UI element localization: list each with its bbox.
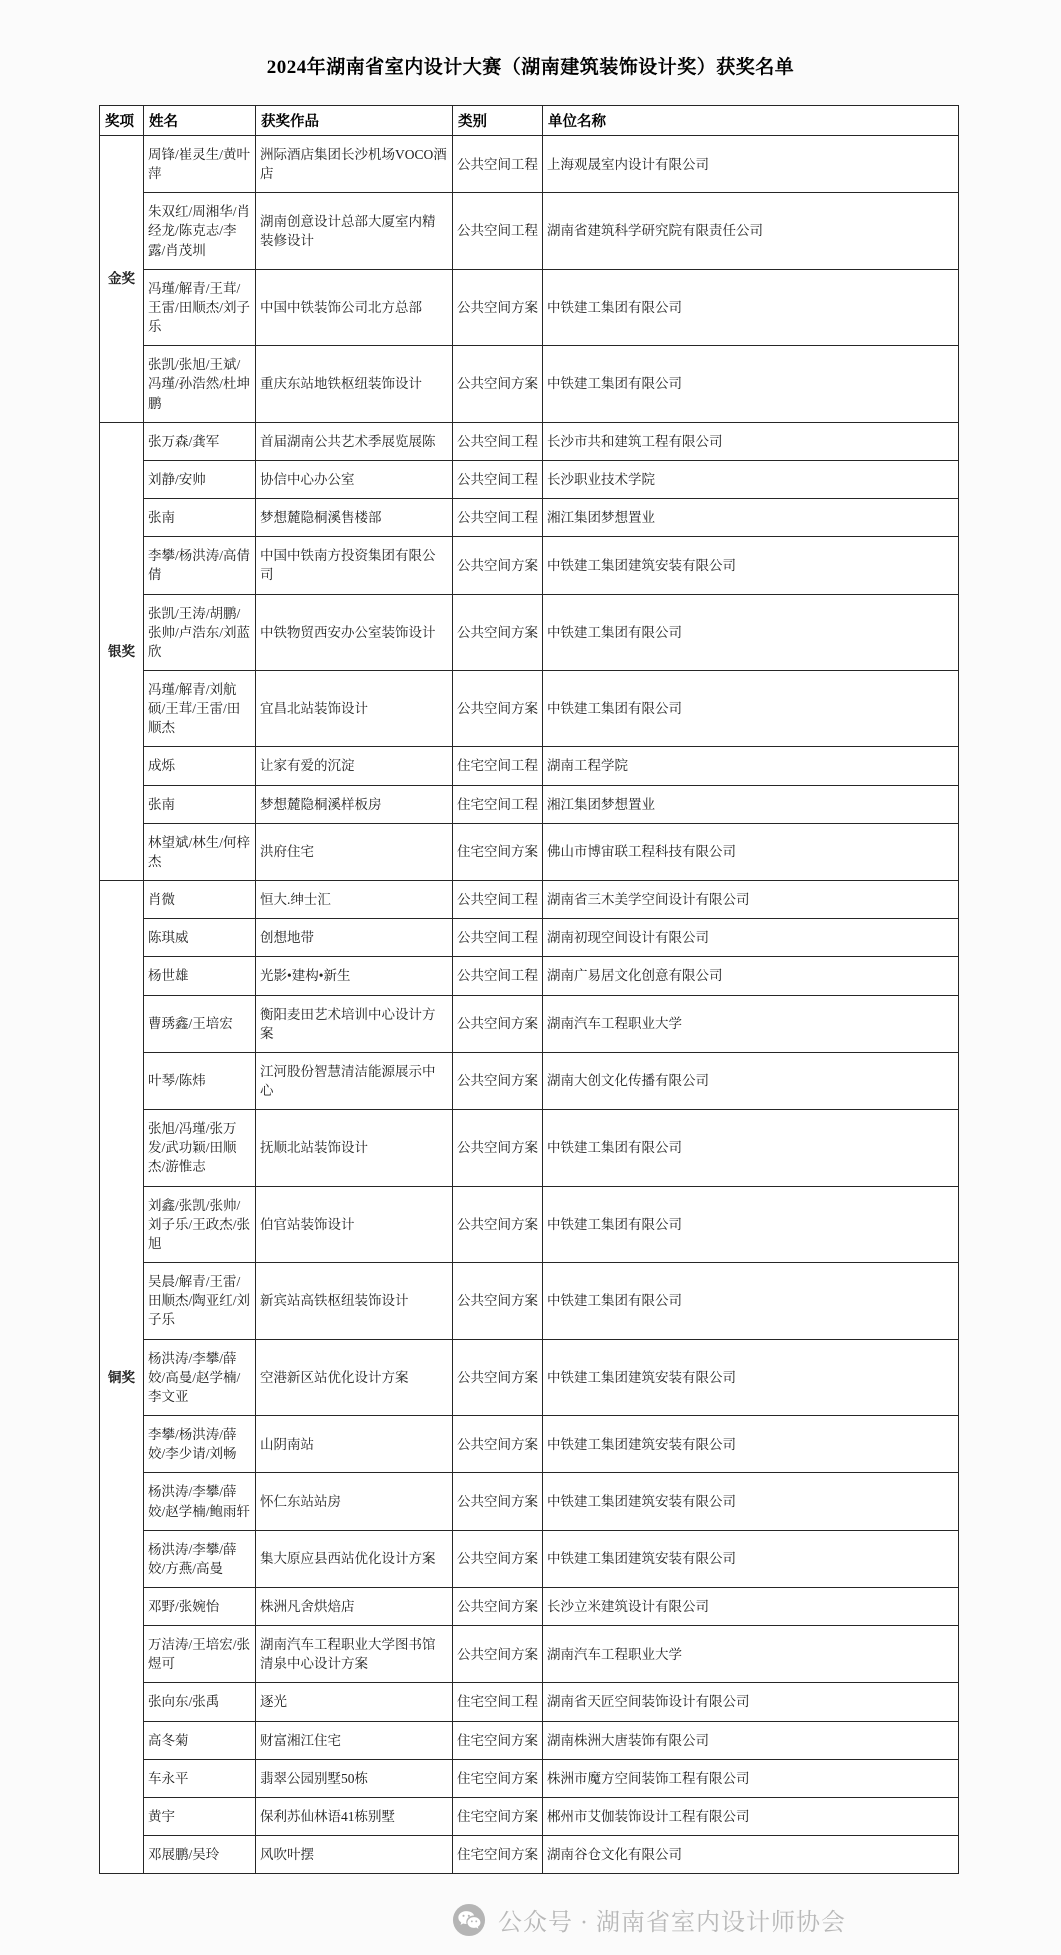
- cell-work: 重庆东站地铁枢纽装饰设计: [256, 346, 453, 422]
- cell-category: 公共空间方案: [453, 670, 543, 746]
- cell-company: 中铁建工集团有限公司: [543, 1263, 959, 1339]
- cell-company: 湖南谷仓文化有限公司: [543, 1836, 959, 1874]
- table-row: 金奖周锋/崔灵生/黄叶萍洲际酒店集团长沙机场VOCO酒店公共空间工程上海观晟室内…: [100, 136, 959, 193]
- cell-category: 公共空间工程: [453, 422, 543, 460]
- table-row: 邓野/张婉怡株洲凡舍烘焙店公共空间方案长沙立米建筑设计有限公司: [100, 1587, 959, 1625]
- cell-work: 怀仁东站站房: [256, 1473, 453, 1530]
- cell-category: 公共空间方案: [453, 1052, 543, 1109]
- cell-company: 中铁建工集团有限公司: [543, 269, 959, 345]
- cell-name: 周锋/崔灵生/黄叶萍: [144, 136, 256, 193]
- cell-category: 住宅空间方案: [453, 1759, 543, 1797]
- cell-company: 中铁建工集团建筑安装有限公司: [543, 1473, 959, 1530]
- cell-work: 恒大.绅士汇: [256, 881, 453, 919]
- cell-work: 湖南创意设计总部大厦室内精装修设计: [256, 193, 453, 269]
- cell-category: 公共空间工程: [453, 919, 543, 957]
- cell-work: 让家有爱的沉淀: [256, 747, 453, 785]
- table-header-row: 奖项 姓名 获奖作品 类别 单位名称: [100, 106, 959, 136]
- table-row: 冯瑾/解青/刘航硕/王茸/王雷/田顺杰宜昌北站装饰设计公共空间方案中铁建工集团有…: [100, 670, 959, 746]
- cell-category: 住宅空间工程: [453, 785, 543, 823]
- table-row: 吴晨/解青/王雷/田顺杰/陶亚红/刘子乐新宾站高铁枢纽装饰设计公共空间方案中铁建…: [100, 1263, 959, 1339]
- cell-name: 刘鑫/张凯/张帅/刘子乐/王政杰/张旭: [144, 1186, 256, 1262]
- table-row: 陈琪威创想地带公共空间工程湖南初现空间设计有限公司: [100, 919, 959, 957]
- table-row: 李攀/杨洪涛/薛姣/李少请/刘畅山阴南站公共空间方案中铁建工集团建筑安装有限公司: [100, 1416, 959, 1473]
- cell-work: 梦想麓隐桐溪售楼部: [256, 499, 453, 537]
- cell-work: 中国中铁南方投资集团有限公司: [256, 537, 453, 594]
- cell-category: 公共空间工程: [453, 957, 543, 995]
- cell-name: 吴晨/解青/王雷/田顺杰/陶亚红/刘子乐: [144, 1263, 256, 1339]
- cell-work: 光影•建构•新生: [256, 957, 453, 995]
- cell-company: 湖南省建筑科学研究院有限责任公司: [543, 193, 959, 269]
- cell-name: 冯瑾/解青/刘航硕/王茸/王雷/田顺杰: [144, 670, 256, 746]
- cell-name: 杨洪涛/李攀/薛姣/高曼/赵学楠/李文亚: [144, 1339, 256, 1415]
- cell-work: 协信中心办公室: [256, 460, 453, 498]
- cell-work: 财富湘江住宅: [256, 1721, 453, 1759]
- cell-category: 公共空间方案: [453, 1186, 543, 1262]
- cell-name: 杨世雄: [144, 957, 256, 995]
- cell-category: 公共空间工程: [453, 499, 543, 537]
- table-row: 李攀/杨洪涛/高倩倩中国中铁南方投资集团有限公司公共空间方案中铁建工集团建筑安装…: [100, 537, 959, 594]
- cell-category: 公共空间方案: [453, 594, 543, 670]
- cell-name: 黄宇: [144, 1797, 256, 1835]
- cell-category: 公共空间方案: [453, 537, 543, 594]
- cell-company: 株洲市魔方空间装饰工程有限公司: [543, 1759, 959, 1797]
- cell-name: 林望斌/林生/何梓杰: [144, 823, 256, 880]
- cell-name: 张万森/龚军: [144, 422, 256, 460]
- cell-category: 公共空间工程: [453, 460, 543, 498]
- wechat-icon: [452, 1903, 486, 1937]
- cell-name: 张向东/张禹: [144, 1683, 256, 1721]
- table-row: 冯瑾/解青/王茸/王雷/田顺杰/刘子乐中国中铁装饰公司北方总部公共空间方案中铁建…: [100, 269, 959, 345]
- cell-work: 山阴南站: [256, 1416, 453, 1473]
- cell-category: 公共空间方案: [453, 1530, 543, 1587]
- table-row: 杨洪涛/李攀/薛姣/方燕/高曼集大原应县西站优化设计方案公共空间方案中铁建工集团…: [100, 1530, 959, 1587]
- column-header-award: 奖项: [100, 106, 144, 136]
- cell-company: 湖南汽车工程职业大学: [543, 1626, 959, 1683]
- cell-company: 中铁建工集团建筑安装有限公司: [543, 1339, 959, 1415]
- table-row: 万洁涛/王培宏/张煜可湖南汽车工程职业大学图书馆清泉中心设计方案公共空间方案湖南…: [100, 1626, 959, 1683]
- cell-company: 湘江集团梦想置业: [543, 499, 959, 537]
- table-row: 朱双红/周湘华/肖经龙/陈克志/李露/肖茂圳湖南创意设计总部大厦室内精装修设计公…: [100, 193, 959, 269]
- cell-category: 住宅空间工程: [453, 747, 543, 785]
- cell-category: 公共空间方案: [453, 995, 543, 1052]
- column-header-work: 获奖作品: [256, 106, 453, 136]
- cell-work: 逐光: [256, 1683, 453, 1721]
- cell-name: 朱双红/周湘华/肖经龙/陈克志/李露/肖茂圳: [144, 193, 256, 269]
- cell-work: 创想地带: [256, 919, 453, 957]
- cell-category: 公共空间工程: [453, 193, 543, 269]
- cell-company: 湖南广易居文化创意有限公司: [543, 957, 959, 995]
- cell-name: 杨洪涛/李攀/薛姣/赵学楠/鲍雨轩: [144, 1473, 256, 1530]
- table-row: 银奖张万森/龚军首届湖南公共艺术季展览展陈公共空间工程长沙市共和建筑工程有限公司: [100, 422, 959, 460]
- cell-name: 曹琇鑫/王培宏: [144, 995, 256, 1052]
- cell-category: 住宅空间方案: [453, 1836, 543, 1874]
- cell-work: 抚顺北站装饰设计: [256, 1110, 453, 1186]
- table-row: 刘鑫/张凯/张帅/刘子乐/王政杰/张旭伯官站装饰设计公共空间方案中铁建工集团有限…: [100, 1186, 959, 1262]
- cell-company: 长沙市共和建筑工程有限公司: [543, 422, 959, 460]
- cell-company: 湖南汽车工程职业大学: [543, 995, 959, 1052]
- cell-company: 长沙立米建筑设计有限公司: [543, 1587, 959, 1625]
- cell-category: 公共空间方案: [453, 1339, 543, 1415]
- cell-name: 张凯/张旭/王斌/冯瑾/孙浩然/杜坤鹏: [144, 346, 256, 422]
- cell-company: 中铁建工集团建筑安装有限公司: [543, 1416, 959, 1473]
- cell-company: 湘江集团梦想置业: [543, 785, 959, 823]
- cell-category: 公共空间方案: [453, 1587, 543, 1625]
- cell-work: 梦想麓隐桐溪样板房: [256, 785, 453, 823]
- table-row: 铜奖肖微恒大.绅士汇公共空间工程湖南省三木美学空间设计有限公司: [100, 881, 959, 919]
- cell-company: 中铁建工集团有限公司: [543, 670, 959, 746]
- cell-name: 杨洪涛/李攀/薛姣/方燕/高曼: [144, 1530, 256, 1587]
- table-row: 刘静/安帅协信中心办公室公共空间工程长沙职业技术学院: [100, 460, 959, 498]
- cell-category: 住宅空间方案: [453, 1797, 543, 1835]
- table-row: 张南梦想麓隐桐溪售楼部公共空间工程湘江集团梦想置业: [100, 499, 959, 537]
- table-row: 张南梦想麓隐桐溪样板房住宅空间工程湘江集团梦想置业: [100, 785, 959, 823]
- table-row: 张旭/冯瑾/张万发/武功颖/田顺杰/游惟志抚顺北站装饰设计公共空间方案中铁建工集…: [100, 1110, 959, 1186]
- cell-work: 中铁物贸西安办公室装饰设计: [256, 594, 453, 670]
- cell-company: 中铁建工集团有限公司: [543, 346, 959, 422]
- cell-work: 翡翠公园别墅50栋: [256, 1759, 453, 1797]
- table-row: 张凯/张旭/王斌/冯瑾/孙浩然/杜坤鹏重庆东站地铁枢纽装饰设计公共空间方案中铁建…: [100, 346, 959, 422]
- cell-category: 公共空间工程: [453, 136, 543, 193]
- cell-company: 湖南初现空间设计有限公司: [543, 919, 959, 957]
- cell-category: 住宅空间方案: [453, 823, 543, 880]
- footer-watermark: 公众号 · 湖南省室内设计师协会: [452, 1902, 1061, 1937]
- cell-name: 张南: [144, 785, 256, 823]
- cell-company: 上海观晟室内设计有限公司: [543, 136, 959, 193]
- cell-name: 张旭/冯瑾/张万发/武功颖/田顺杰/游惟志: [144, 1110, 256, 1186]
- cell-category: 公共空间方案: [453, 1626, 543, 1683]
- table-row: 杨洪涛/李攀/薛姣/高曼/赵学楠/李文亚空港新区站优化设计方案公共空间方案中铁建…: [100, 1339, 959, 1415]
- cell-name: 冯瑾/解青/王茸/王雷/田顺杰/刘子乐: [144, 269, 256, 345]
- table-row: 成烁让家有爱的沉淀住宅空间工程湖南工程学院: [100, 747, 959, 785]
- cell-company: 湖南大创文化传播有限公司: [543, 1052, 959, 1109]
- table-row: 张凯/王涛/胡鹏/张帅/卢浩东/刘蓝欣中铁物贸西安办公室装饰设计公共空间方案中铁…: [100, 594, 959, 670]
- table-row: 杨洪涛/李攀/薛姣/赵学楠/鲍雨轩怀仁东站站房公共空间方案中铁建工集团建筑安装有…: [100, 1473, 959, 1530]
- page-title: 2024年湖南省室内设计大赛（湖南建筑装饰设计奖）获奖名单: [0, 0, 1061, 105]
- cell-name: 李攀/杨洪涛/高倩倩: [144, 537, 256, 594]
- cell-name: 成烁: [144, 747, 256, 785]
- table-row: 车永平翡翠公园别墅50栋住宅空间方案株洲市魔方空间装饰工程有限公司: [100, 1759, 959, 1797]
- cell-name: 叶琴/陈炜: [144, 1052, 256, 1109]
- cell-work: 湖南汽车工程职业大学图书馆清泉中心设计方案: [256, 1626, 453, 1683]
- cell-company: 湖南省天匠空间装饰设计有限公司: [543, 1683, 959, 1721]
- cell-name: 车永平: [144, 1759, 256, 1797]
- table-row: 曹琇鑫/王培宏衡阳麦田艺术培训中心设计方案公共空间方案湖南汽车工程职业大学: [100, 995, 959, 1052]
- cell-name: 刘静/安帅: [144, 460, 256, 498]
- award-tier-label: 铜奖: [100, 881, 144, 1874]
- cell-work: 洲际酒店集团长沙机场VOCO酒店: [256, 136, 453, 193]
- cell-name: 万洁涛/王培宏/张煜可: [144, 1626, 256, 1683]
- table-row: 张向东/张禹逐光住宅空间工程湖南省天匠空间装饰设计有限公司: [100, 1683, 959, 1721]
- cell-company: 中铁建工集团建筑安装有限公司: [543, 1530, 959, 1587]
- cell-name: 陈琪威: [144, 919, 256, 957]
- cell-name: 肖微: [144, 881, 256, 919]
- cell-work: 宜昌北站装饰设计: [256, 670, 453, 746]
- table-row: 高冬菊财富湘江住宅住宅空间方案湖南株洲大唐装饰有限公司: [100, 1721, 959, 1759]
- cell-work: 空港新区站优化设计方案: [256, 1339, 453, 1415]
- cell-name: 高冬菊: [144, 1721, 256, 1759]
- cell-work: 株洲凡舍烘焙店: [256, 1587, 453, 1625]
- cell-name: 邓展鹏/吴玲: [144, 1836, 256, 1874]
- cell-category: 公共空间方案: [453, 346, 543, 422]
- cell-name: 邓野/张婉怡: [144, 1587, 256, 1625]
- cell-work: 集大原应县西站优化设计方案: [256, 1530, 453, 1587]
- cell-work: 中国中铁装饰公司北方总部: [256, 269, 453, 345]
- cell-category: 公共空间工程: [453, 881, 543, 919]
- cell-work: 风吹叶摆: [256, 1836, 453, 1874]
- cell-company: 佛山市博宙联工程科技有限公司: [543, 823, 959, 880]
- table-row: 杨世雄光影•建构•新生公共空间工程湖南广易居文化创意有限公司: [100, 957, 959, 995]
- cell-category: 住宅空间工程: [453, 1683, 543, 1721]
- table-row: 叶琴/陈炜江河股份智慧清洁能源展示中心公共空间方案湖南大创文化传播有限公司: [100, 1052, 959, 1109]
- column-header-name: 姓名: [144, 106, 256, 136]
- cell-company: 湖南省三木美学空间设计有限公司: [543, 881, 959, 919]
- cell-work: 衡阳麦田艺术培训中心设计方案: [256, 995, 453, 1052]
- cell-company: 湖南工程学院: [543, 747, 959, 785]
- cell-name: 张南: [144, 499, 256, 537]
- cell-category: 公共空间方案: [453, 269, 543, 345]
- award-table-body: 金奖周锋/崔灵生/黄叶萍洲际酒店集团长沙机场VOCO酒店公共空间工程上海观晟室内…: [100, 136, 959, 1874]
- cell-category: 公共空间方案: [453, 1110, 543, 1186]
- cell-work: 保利苏仙林语41栋别墅: [256, 1797, 453, 1835]
- awards-table: 奖项 姓名 获奖作品 类别 单位名称 金奖周锋/崔灵生/黄叶萍洲际酒店集团长沙机…: [99, 105, 959, 1874]
- award-tier-label: 金奖: [100, 136, 144, 423]
- table-row: 黄宇保利苏仙林语41栋别墅住宅空间方案郴州市艾伽装饰设计工程有限公司: [100, 1797, 959, 1835]
- cell-name: 李攀/杨洪涛/薛姣/李少请/刘畅: [144, 1416, 256, 1473]
- cell-category: 公共空间方案: [453, 1416, 543, 1473]
- cell-company: 中铁建工集团有限公司: [543, 1186, 959, 1262]
- cell-category: 住宅空间方案: [453, 1721, 543, 1759]
- cell-work: 首届湖南公共艺术季展览展陈: [256, 422, 453, 460]
- cell-category: 公共空间方案: [453, 1473, 543, 1530]
- cell-work: 新宾站高铁枢纽装饰设计: [256, 1263, 453, 1339]
- cell-company: 中铁建工集团有限公司: [543, 1110, 959, 1186]
- table-row: 邓展鹏/吴玲风吹叶摆住宅空间方案湖南谷仓文化有限公司: [100, 1836, 959, 1874]
- cell-category: 公共空间方案: [453, 1263, 543, 1339]
- cell-work: 伯官站装饰设计: [256, 1186, 453, 1262]
- footer-text: 公众号 · 湖南省室内设计师协会: [498, 1902, 846, 1937]
- award-tier-label: 银奖: [100, 422, 144, 880]
- cell-company: 长沙职业技术学院: [543, 460, 959, 498]
- column-header-company: 单位名称: [543, 106, 959, 136]
- cell-work: 江河股份智慧清洁能源展示中心: [256, 1052, 453, 1109]
- cell-name: 张凯/王涛/胡鹏/张帅/卢浩东/刘蓝欣: [144, 594, 256, 670]
- cell-company: 中铁建工集团有限公司: [543, 594, 959, 670]
- cell-company: 中铁建工集团建筑安装有限公司: [543, 537, 959, 594]
- cell-company: 郴州市艾伽装饰设计工程有限公司: [543, 1797, 959, 1835]
- cell-company: 湖南株洲大唐装饰有限公司: [543, 1721, 959, 1759]
- cell-work: 洪府住宅: [256, 823, 453, 880]
- column-header-category: 类别: [453, 106, 543, 136]
- table-row: 林望斌/林生/何梓杰洪府住宅住宅空间方案佛山市博宙联工程科技有限公司: [100, 823, 959, 880]
